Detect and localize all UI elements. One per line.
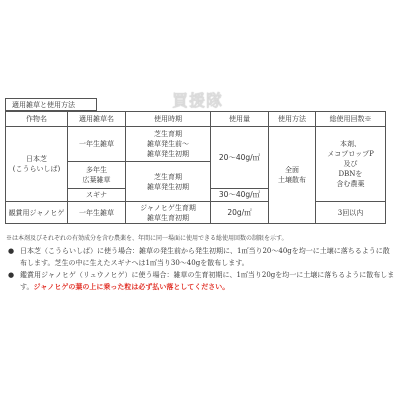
instruction-ophiopogon: ● 鑑賞用ジャノヒゲ（リュウノヒゲ）に使う場合：雑草の生育初期に、1㎡当り20g… bbox=[6, 269, 396, 293]
timing-3: ジャノヒゲ生育期 雑草生育初期 bbox=[126, 202, 211, 224]
instruction-lawn: ● 日本芝（こうらいしば）に使う場合：雑草の発生前から発生初期に、1㎡当り20～… bbox=[6, 245, 396, 269]
weed-annual: 一年生雑草 bbox=[68, 127, 126, 162]
header-method: 使用方法 bbox=[269, 112, 316, 127]
footnote: ※は本剤及びそれぞれの有効成分を含む農薬を、年間に同一場面に使用できる総使用回数… bbox=[6, 233, 288, 242]
bullet-icon: ● bbox=[8, 245, 14, 257]
header-crop: 作物名 bbox=[6, 112, 68, 127]
weed-annual-2: 一年生雑草 bbox=[68, 202, 126, 224]
bullet-icon: ● bbox=[8, 269, 14, 281]
usage-instructions: ● 日本芝（こうらいしば）に使う場合：雑草の発生前から発生初期に、1㎡当り20～… bbox=[6, 245, 396, 293]
crop-lawn: 日本芝 (こうらいしば) bbox=[6, 127, 68, 202]
amount-1: 20～40g/㎡ bbox=[211, 127, 269, 189]
header-weed: 適用雑草名 bbox=[68, 112, 126, 127]
total-uses-note: 本剤、 メコプロップP 及び DBNを 含む農薬 bbox=[316, 127, 386, 202]
header-total-uses: 総使用回数※ bbox=[316, 112, 386, 127]
weed-perennial: 多年生 広葉雑草 bbox=[68, 162, 126, 189]
timing-2: 芝生育期 雑草発生初期 bbox=[126, 162, 211, 202]
instruction-text: 日本芝（こうらいしば）に使う場合：雑草の発生前から発生初期に、1㎡当り20～40… bbox=[20, 247, 390, 267]
header-amount: 使用量 bbox=[211, 112, 269, 127]
header-timing: 使用時期 bbox=[126, 112, 211, 127]
application-table: 作物名 適用雑草名 使用時期 使用量 使用方法 総使用回数※ 日本芝 (こうらい… bbox=[5, 111, 386, 224]
section-title: 適用雑草と使用方法 bbox=[5, 98, 97, 111]
timing-1: 芝生育期 雑草発生前～ 雑草発生初期 bbox=[126, 127, 211, 162]
table-row: 日本芝 (こうらいしば) 一年生雑草 芝生育期 雑草発生前～ 雑草発生初期 20… bbox=[6, 127, 386, 162]
method: 全面 土壌散布 bbox=[269, 127, 316, 224]
crop-ophiopogon: 観賞用ジャノヒゲ bbox=[6, 202, 68, 224]
table-row: 観賞用ジャノヒゲ 一年生雑草 ジャノヒゲ生育期 雑草生育初期 20g/㎡ 3回以… bbox=[6, 202, 386, 224]
watermark-logo: 買援隊 bbox=[172, 88, 223, 111]
total-uses-text: 本剤、 メコプロップP 及び DBNを 含む農薬 bbox=[327, 140, 374, 188]
table-header-row: 作物名 適用雑草名 使用時期 使用量 使用方法 総使用回数※ bbox=[6, 112, 386, 127]
amount-2: 30～40g/㎡ bbox=[211, 189, 269, 202]
amount-3: 20g/㎡ bbox=[211, 202, 269, 224]
warning-text: ジャノヒゲの葉の上に乗った粒は必ず払い落としてください。 bbox=[33, 282, 229, 291]
weed-sugina: スギナ bbox=[68, 189, 126, 202]
total-uses-2: 3回以内 bbox=[316, 202, 386, 224]
